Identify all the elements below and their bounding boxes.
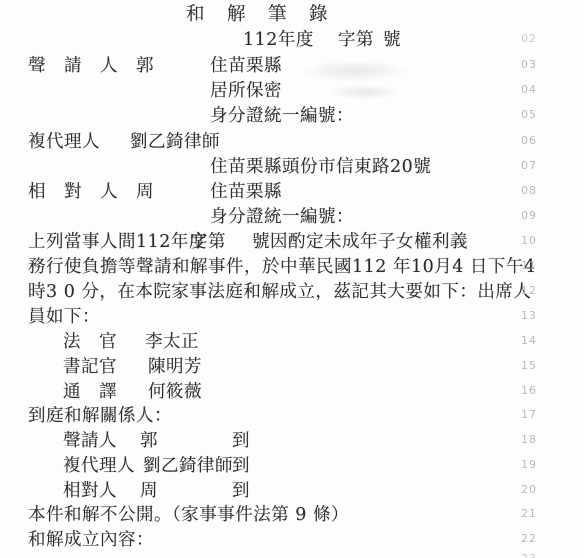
- clerk-name: 陳明芳: [148, 356, 202, 378]
- case-zi: 字第: [338, 29, 374, 51]
- line-number: 02: [521, 33, 537, 44]
- attendee-name: 周: [140, 480, 158, 502]
- judge-name: 李太正: [145, 331, 199, 353]
- line-number: 07: [521, 160, 537, 171]
- doc-line-13: 員如下： 13: [0, 306, 584, 330]
- doc-line-02: 112年度 字第 號 02: [0, 29, 584, 53]
- doc-line-10: 上列當事人間112年度 字第 號因酌定未成年子女權利義 10: [0, 231, 584, 255]
- body-text: 上列當事人間112年度: [28, 231, 207, 253]
- line-number: 18: [521, 434, 537, 445]
- line-number: 06: [521, 135, 537, 146]
- attendee-role: 複代理人: [63, 455, 135, 477]
- doc-line-15: 書記官 陳明芳 15: [0, 356, 584, 380]
- line-number: 03: [521, 59, 537, 70]
- attendee-present: 到: [232, 455, 250, 477]
- deputy-agent-name: 劉乙錡律師: [130, 131, 220, 153]
- doc-line-09: 身分證統一編號： 09: [0, 206, 584, 230]
- line-number: 05: [521, 109, 537, 120]
- line-number-partial: 23: [521, 553, 537, 558]
- deputy-agent-label: 複代理人: [28, 131, 100, 153]
- doc-line-11: 務行使負擔等聲請和解事件，於中華民國112 年10月4 日下午4 11: [0, 256, 584, 280]
- doc-line-03: 聲 請 人 郭 住苗栗縣 03: [0, 55, 584, 79]
- doc-line-18: 聲請人 郭 到 18: [0, 430, 584, 454]
- applicant-label: 聲 請 人 郭: [28, 55, 154, 77]
- clerk-label: 書記官: [63, 356, 117, 378]
- line-number: 11: [521, 260, 537, 271]
- doc-line-12: 時3 0 分，在本院家事法庭和解成立，茲記其大要如下：出席人 12: [0, 281, 584, 305]
- doc-line-19: 複代理人 劉乙錡律師 到 19: [0, 455, 584, 479]
- document-title: 和 解 筆 錄: [186, 4, 330, 26]
- line-number: 04: [521, 84, 537, 95]
- body-text: 字第: [190, 231, 226, 253]
- line-number: 14: [521, 335, 537, 346]
- doc-line-06: 複代理人 劉乙錡律師 06: [0, 131, 584, 155]
- doc-line-07: 住苗栗縣頭份市信東路20號 07: [0, 156, 584, 180]
- respondent-address: 住苗栗縣: [210, 181, 282, 203]
- id-number-label: 身分證統一編號：: [210, 105, 354, 127]
- attendee-present: 到: [232, 430, 250, 452]
- line-number: 16: [521, 385, 537, 396]
- line-number: 21: [521, 508, 537, 519]
- interpreter-name: 何筱薇: [148, 381, 202, 403]
- body-text: 號因酌定未成年子女權利義: [252, 231, 468, 253]
- body-text: 時3 0 分，在本院家事法庭和解成立，茲記其大要如下：出席人: [28, 281, 531, 303]
- doc-line-05: 身分證統一編號： 05: [0, 105, 584, 129]
- respondent-label: 相 對 人 周: [28, 181, 154, 203]
- attendee-role: 聲請人: [63, 430, 117, 452]
- attendee-present: 到: [232, 480, 250, 502]
- scanned-document-page: 和 解 筆 錄 112年度 字第 號 02 聲 請 人 郭 住苗栗縣 03 居所…: [0, 0, 584, 558]
- doc-line-14: 法 官 李太正 14: [0, 331, 584, 355]
- doc-line-20: 相對人 周 到 20: [0, 480, 584, 504]
- line-number: 20: [521, 484, 537, 495]
- doc-line-22: 和解成立內容： 22: [0, 529, 584, 553]
- line-number: 17: [521, 409, 537, 420]
- line-number: 10: [521, 235, 537, 246]
- body-text: 員如下：: [28, 306, 100, 328]
- line-number: 12: [521, 285, 537, 296]
- attendee-name: 劉乙錡律師: [143, 455, 233, 477]
- line-number: 13: [521, 310, 537, 321]
- doc-line-01: 和 解 筆 錄: [0, 4, 584, 28]
- doc-line-16: 通 譯 何筱薇 16: [0, 381, 584, 405]
- line-number: 09: [521, 210, 537, 221]
- deputy-agent-address: 住苗栗縣頭份市信東路20號: [210, 156, 431, 178]
- doc-line-08: 相 對 人 周 住苗栗縣 08: [0, 181, 584, 205]
- residence-confidential: 居所保密: [210, 80, 282, 102]
- interpreter-label: 通 譯: [63, 381, 117, 403]
- line-number: 08: [521, 185, 537, 196]
- id-number-label-2: 身分證統一編號：: [210, 206, 354, 228]
- doc-line-17: 到庭和解關係人： 17: [0, 405, 584, 429]
- attendees-heading: 到庭和解關係人：: [28, 405, 172, 427]
- judge-label: 法 官: [63, 331, 117, 353]
- non-public-statement: 本件和解不公開。（家事事件法第 9 條）: [28, 504, 349, 526]
- line-number: 22: [521, 533, 537, 544]
- line-number: 15: [521, 360, 537, 371]
- case-hao: 號: [383, 29, 401, 51]
- body-text: 務行使負擔等聲請和解事件，於中華民國112 年10月4 日下午4: [28, 256, 536, 278]
- line-number: 19: [521, 459, 537, 470]
- doc-line-21: 本件和解不公開。（家事事件法第 9 條） 21: [0, 504, 584, 528]
- attendee-role: 相對人: [63, 480, 117, 502]
- settlement-content-heading: 和解成立內容：: [28, 529, 154, 551]
- case-year: 112年度: [243, 29, 314, 51]
- applicant-address: 住苗栗縣: [210, 55, 282, 77]
- doc-line-04: 居所保密 04: [0, 80, 584, 104]
- attendee-name: 郭: [140, 430, 158, 452]
